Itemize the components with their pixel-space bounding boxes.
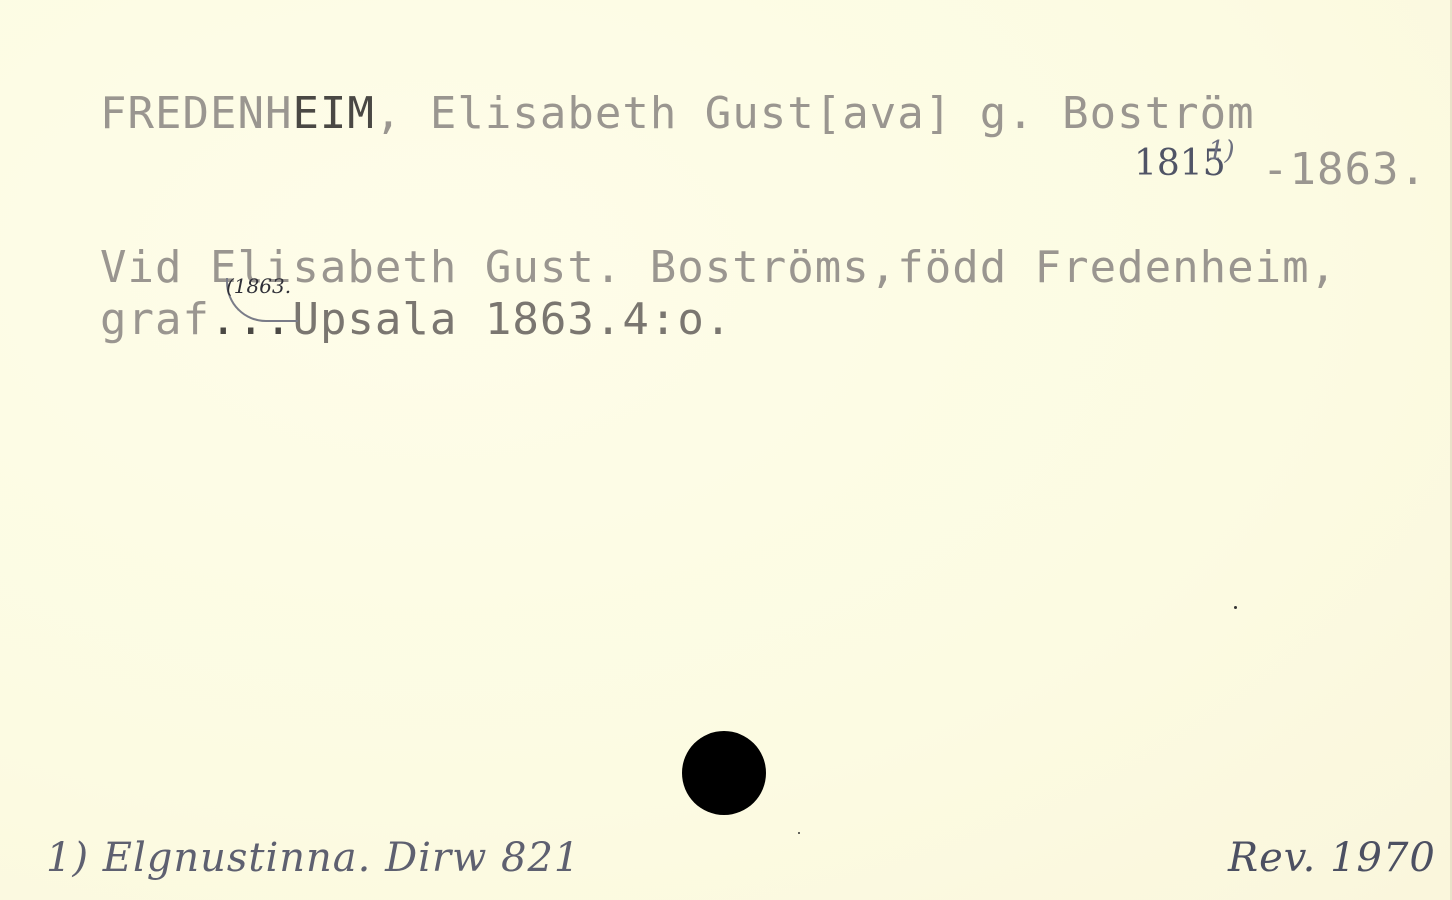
heading-name-faint: FREDENH xyxy=(100,88,292,139)
heading-rest: , Elisabeth Gust[ava] g. Boström xyxy=(375,88,1255,139)
card-heading: FREDENHEIM, Elisabeth Gust[ava] g. Bostr… xyxy=(100,92,1255,136)
handwritten-insert-year: (1863. xyxy=(226,276,291,296)
heading-name-dark: EIM xyxy=(292,88,374,139)
body-line-2: graf...Upsala 1863.4:o. xyxy=(100,298,732,342)
footnote-mark: 1) xyxy=(1208,138,1235,164)
body-line-2-start: graf xyxy=(100,294,210,345)
handwritten-footnote: 1) Elgnustinna. Dirw 821 xyxy=(46,838,580,878)
punch-hole xyxy=(682,731,766,815)
typed-death-year: -1863. xyxy=(1262,148,1427,192)
revision-note: Rev. 1970 xyxy=(1228,838,1436,878)
speck xyxy=(1234,606,1237,609)
speck xyxy=(798,832,800,834)
body-line-2-end: Upsala 1863.4:o. xyxy=(292,294,732,345)
catalog-card: FREDENHEIM, Elisabeth Gust[ava] g. Bostr… xyxy=(0,0,1452,900)
